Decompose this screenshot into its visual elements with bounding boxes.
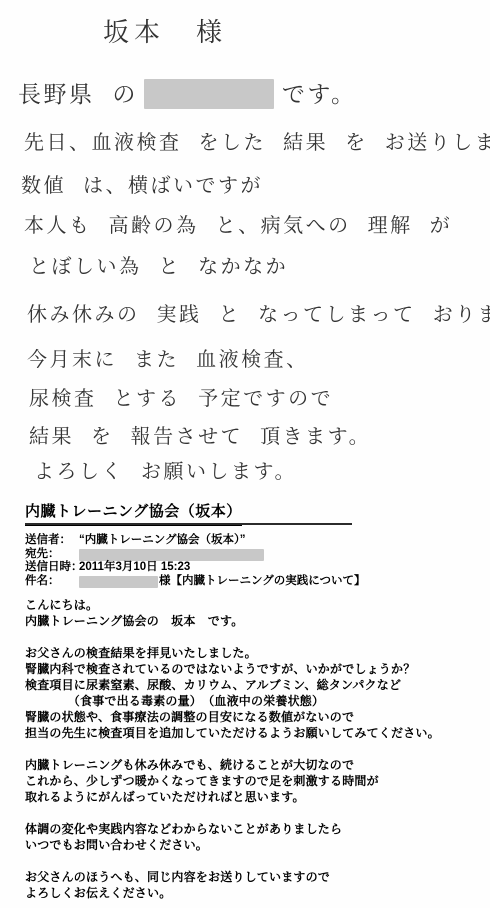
email-header-fields: 送信者： “内臓トレーニング協会（坂本）” 宛先： 送信日時： 2011年3月1… <box>25 534 465 588</box>
handwritten-line: とぼしい為 と なかなか <box>29 250 288 279</box>
subject-suffix: 様【内臓トレーニングの実践について】 <box>159 575 366 589</box>
from-value: “内臓トレーニング協会（坂本）” <box>79 534 246 548</box>
header-row-to: 宛先： <box>25 548 465 562</box>
from-label: 送信者： <box>25 534 79 548</box>
handwritten-line: 数値 は、横ばいですが <box>21 169 263 198</box>
handwritten-line: 先日、血液検査 をした 結果 を お送りします。 <box>24 126 490 155</box>
handwritten-line: 本人も 高齢の為 と、病気への 理解 が <box>24 209 452 238</box>
date-label: 送信日時： <box>25 561 79 575</box>
redacted-sender-name-box <box>144 79 274 109</box>
header-row-date: 送信日時： 2011年3月10日 15:23 <box>25 561 465 575</box>
redacted-subject-name-box <box>79 576 158 588</box>
prefecture-text-after: です。 <box>282 81 357 107</box>
header-row-from: 送信者： “内臓トレーニング協会（坂本）” <box>25 534 465 548</box>
subject-label: 件名： <box>25 575 79 589</box>
handwritten-line: 結果 を 報告させて 頂きます。 <box>29 420 371 449</box>
prefecture-text: 長野県 の <box>18 81 138 107</box>
to-label: 宛先： <box>25 548 79 562</box>
title-underline <box>25 523 352 525</box>
email-title-block: 内臓トレーニング協会（坂本） <box>25 500 352 526</box>
handwritten-prefecture-line: 長野県 のです。 <box>18 76 357 113</box>
date-value: 2011年3月10日 15:23 <box>79 561 190 575</box>
handwritten-greeting: 坂本 様 <box>103 12 227 49</box>
handwritten-line: 休み休みの 実践 と なってしまって おります。 <box>27 298 490 327</box>
redacted-recipient-box <box>79 549 264 561</box>
handwritten-line: 今月末に また 血液検査、 <box>27 343 309 372</box>
scanned-letter-page: 坂本 様 長野県 のです。 先日、血液検査 をした 結果 を お送りします。 数… <box>0 0 490 908</box>
handwritten-line: よろしく お願いします。 <box>34 455 297 484</box>
handwritten-line: 尿検査 とする 予定ですので <box>29 382 333 411</box>
email-body-text: こんにちは。 内臓トレーニング協会の 坂本 です。 お父さんの検査結果を拝見いた… <box>25 597 485 901</box>
header-row-subject: 件名： 様【内臓トレーニングの実践について】 <box>25 575 465 589</box>
